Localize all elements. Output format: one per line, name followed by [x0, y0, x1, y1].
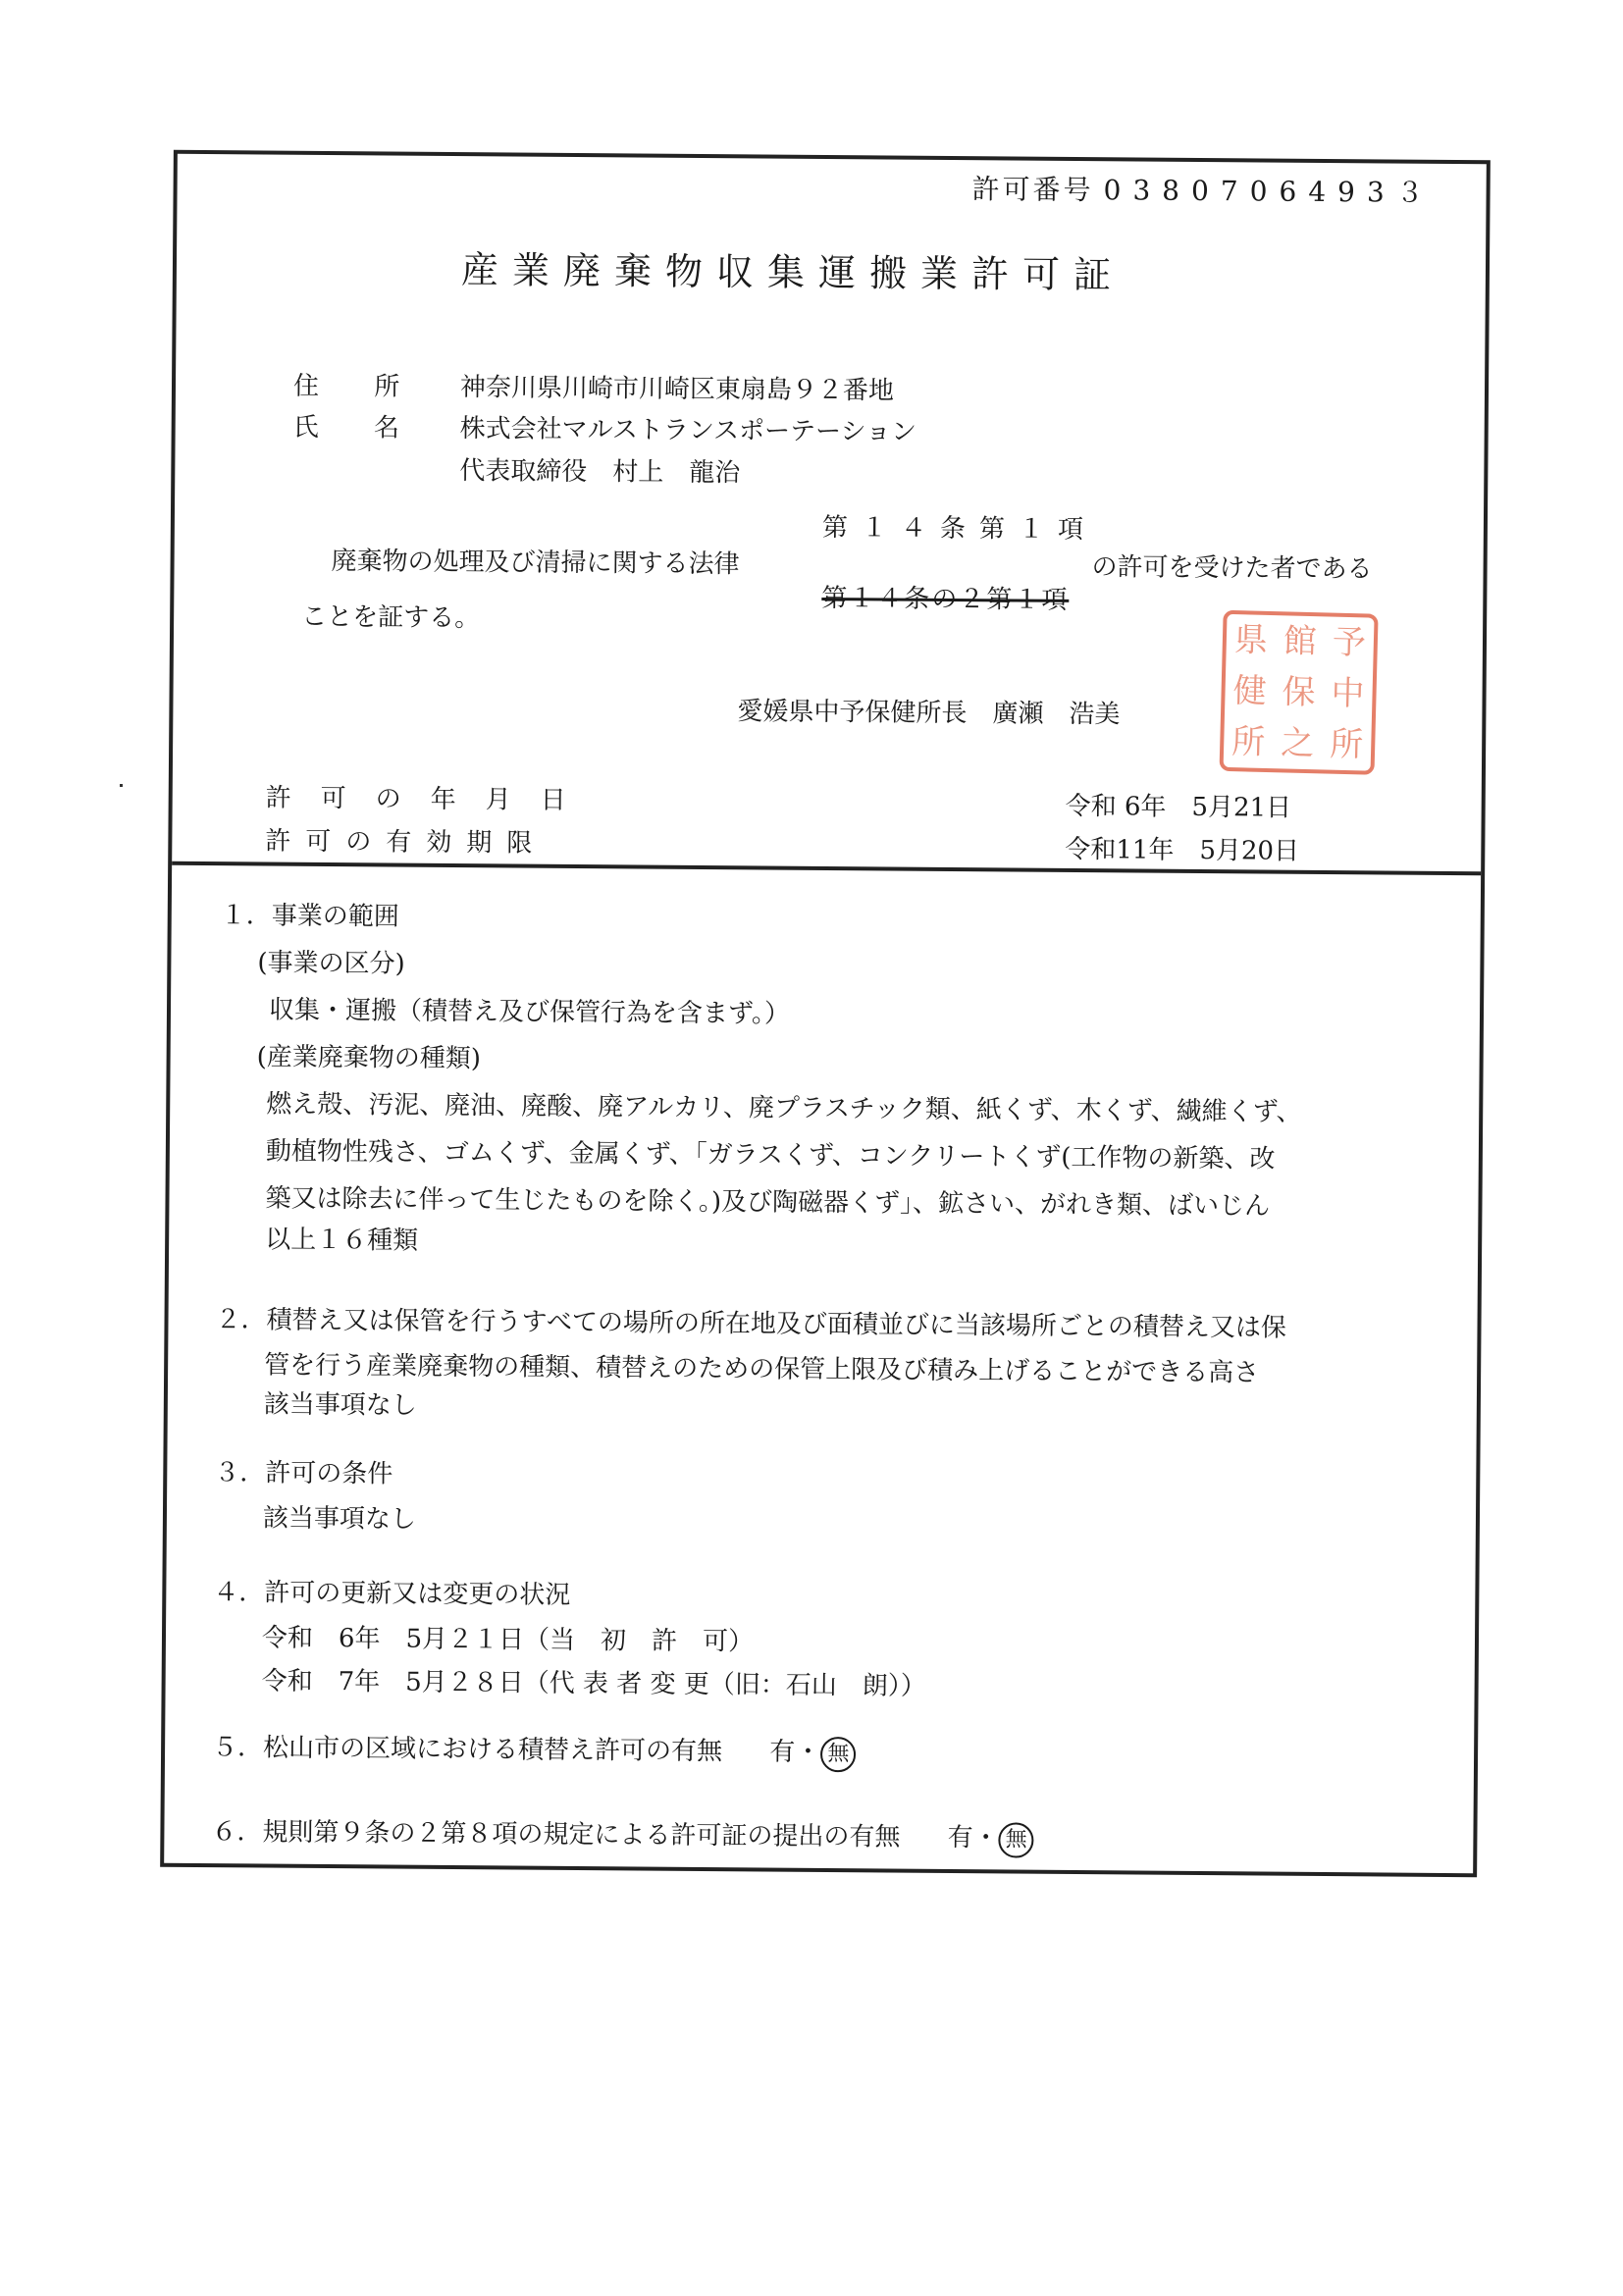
representative: 代表取締役 村上 龍治 — [459, 455, 740, 489]
permit-number-value: 0380706493３ — [1103, 174, 1435, 209]
permit-date-label: 許可の年月日 — [266, 783, 596, 817]
s2-heading-cont: 管を行う産業廃棄物の種類、積替えのための保管上限及び積み上げることができる高さ — [264, 1350, 1259, 1389]
s1-types-line: 築又は除去に伴って生じたものを除く。)及び陶磁器くず」、鉱さい、がれき類、ばいじ… — [265, 1183, 1270, 1223]
s2-heading: ２．積替え又は保管を行うすべての場所の所在地及び面積並びに当該場所ごとの積替え又… — [215, 1304, 1286, 1344]
article-active: 第１４条第１項 — [822, 512, 1097, 546]
certify-line: ことを証する。 — [301, 601, 480, 634]
s6-no-circled: 無 — [999, 1822, 1034, 1857]
s6-yes: 有 — [948, 1823, 973, 1852]
expiry-label: 許可の有効期限 — [265, 826, 547, 860]
s1-heading: １．事業の範囲 — [221, 900, 399, 932]
s5-yes: 有 — [769, 1738, 795, 1767]
s1-types-line: 以上１６種類 — [265, 1225, 418, 1257]
s5-no-circled: 無 — [820, 1737, 856, 1772]
permit-date: 令和 6年 5月21日 — [1066, 791, 1292, 824]
s3-value: 該当事項なし — [263, 1503, 416, 1536]
s4-heading: ４．許可の更新又は変更の状況 — [213, 1577, 570, 1611]
company-name: 株式会社マルストランスポーテーション — [460, 413, 917, 448]
s1-types-line: 動植物性残さ、ゴムくず、金属くず、「ガラスくず、コンクリートくず(工作物の新築、… — [266, 1136, 1276, 1175]
address-label: 住 所 — [293, 371, 424, 403]
s1-types-line: 燃え殻、汚泥、廃油、廃酸、廃アルカリ、廃プラスチック類、紙くず、木くず、繊維くず… — [266, 1089, 1302, 1128]
expiry-date: 令和11年 5月20日 — [1065, 834, 1299, 867]
permit-number: 許可番号0380706493３ — [971, 174, 1435, 209]
permit-number-label: 許可番号 — [971, 173, 1093, 206]
s3-heading: ３．許可の条件 — [214, 1457, 393, 1489]
s5-row: ５．松山市の区域における積替え許可の有無 有・無 — [212, 1732, 857, 1772]
s6-sep: ・ — [973, 1823, 999, 1852]
s5-sep: ・ — [795, 1738, 820, 1767]
s4-entry: 令和 6年 5月２１日（当 初 許 可） — [262, 1623, 754, 1658]
address-value: 神奈川県川崎市川崎区東扇島９２番地 — [460, 372, 894, 406]
s1-category-value: 収集・運搬（積替え及び保管行為を含まず。） — [269, 995, 790, 1030]
s4-entry: 令和 7年 5月２８日（代 表 者 変 更（旧：石山 朗）） — [262, 1666, 926, 1702]
certificate-frame: 許可番号0380706493３ 産業廃棄物収集運搬業許可証 住 所 神奈川県川崎… — [160, 150, 1491, 1877]
s5-heading: ５．松山市の区域における積替え許可の有無 — [212, 1733, 722, 1766]
s2-value: 該当事項なし — [264, 1389, 417, 1422]
s1-category-label: (事業の区分) — [257, 947, 405, 979]
document-title: 産業廃棄物収集運搬業許可証 — [461, 254, 1125, 290]
article-struck: 第１４条の２第１項 — [821, 583, 1069, 616]
s1-types-label: (産業廃棄物の種類) — [257, 1041, 482, 1074]
s6-row: ６．規則第９条の２第８項の規定による許可証の提出の有無 有・無 — [211, 1816, 1034, 1858]
law-suffix: の許可を受けた者である — [1091, 551, 1372, 585]
official-seal: 県 館 予 健 保 中 所 之 所 — [1220, 610, 1379, 775]
law-name: 廃棄物の処理及び清掃に関する法律 — [331, 546, 739, 580]
issuer: 愛媛県中予保健所長 廣瀬 浩美 — [737, 696, 1120, 730]
scan-speck — [120, 784, 123, 787]
name-label: 氏 名 — [293, 412, 424, 444]
s6-heading: ６．規則第９条の２第８項の規定による許可証の提出の有無 — [211, 1817, 900, 1852]
